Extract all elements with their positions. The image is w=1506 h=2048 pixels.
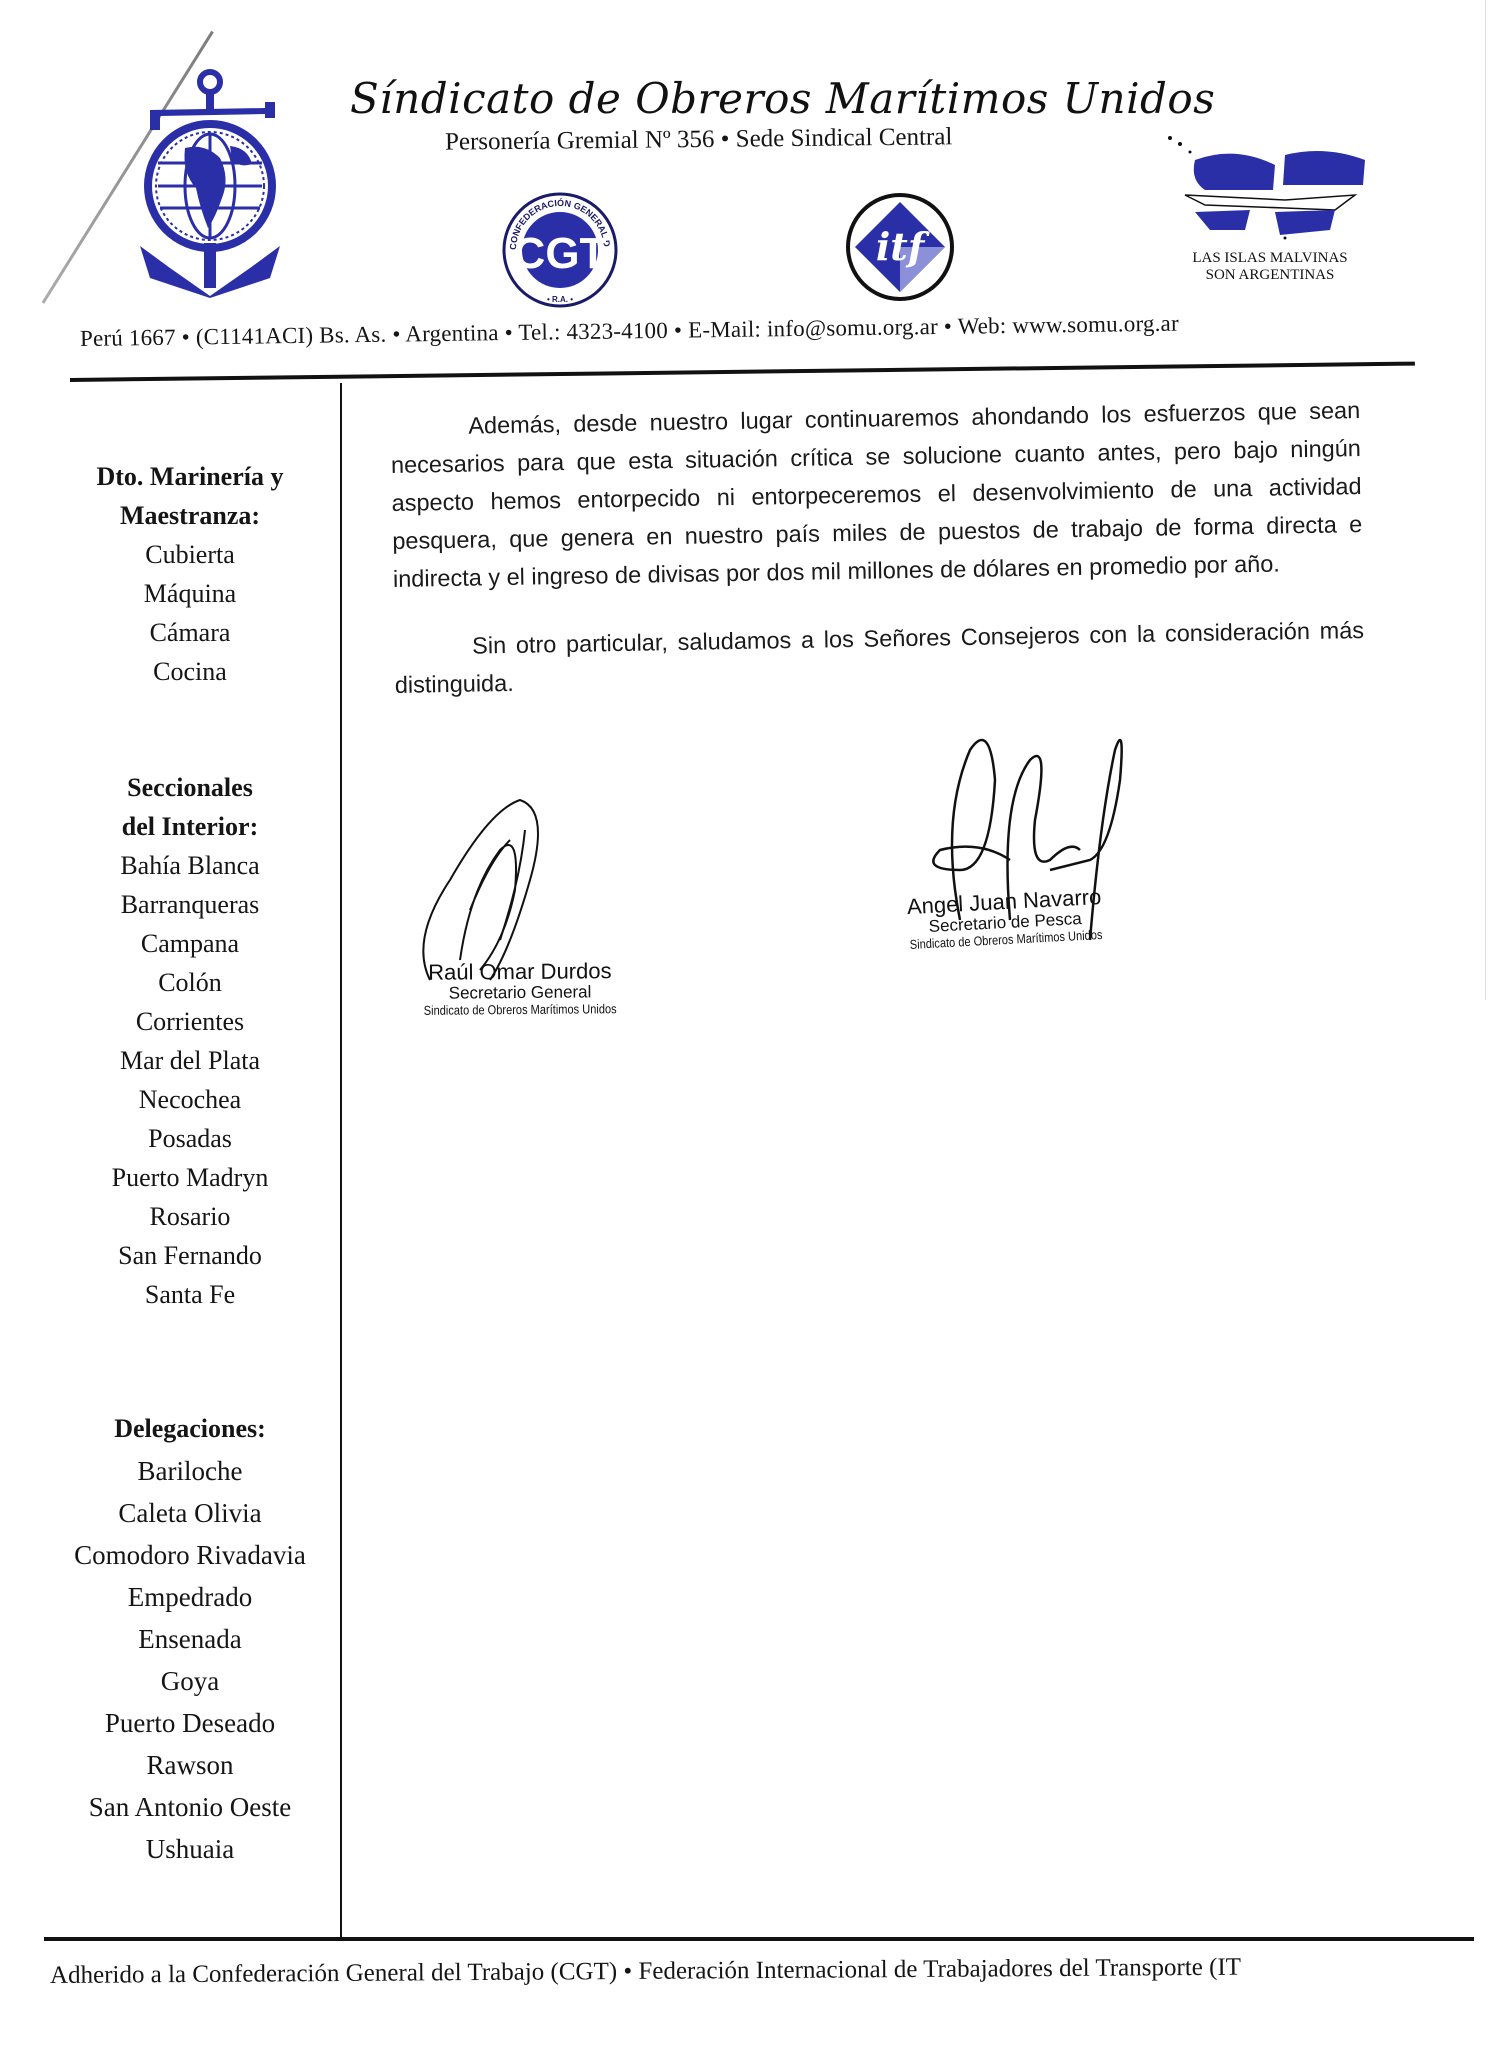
letter-paragraph: Además, desde nuestro lugar continuaremo… — [390, 391, 1363, 598]
list-item: Corrientes — [40, 1002, 340, 1041]
cgt-logo-icon: CONFEDERACIÓN GENERAL DEL TRABAJO CGT • … — [500, 190, 620, 310]
malvinas-line-2: SON ARGENTINAS — [1165, 267, 1375, 284]
sidebar-section-marineria: Dto. Marinería y Maestranza: Cubierta Má… — [40, 457, 340, 691]
somu-anchor-globe-logo-icon — [130, 68, 290, 298]
list-item: Necochea — [40, 1080, 340, 1119]
letter-page: Síndicato de Obreros Marítimos Unidos Pe… — [0, 0, 1506, 2048]
section-heading: Seccionales — [40, 768, 340, 807]
list-item: Mar del Plata — [40, 1041, 340, 1080]
list-item: Puerto Deseado — [40, 1702, 340, 1744]
signer-org: Sindicato de Obreros Marítimos Unidos — [405, 1001, 635, 1019]
list-item: San Fernando — [40, 1236, 340, 1275]
section-heading: del Interior: — [40, 807, 340, 846]
list-item: Santa Fe — [40, 1275, 340, 1314]
signer-name: Raúl Omar Durdos — [385, 959, 655, 985]
list-item: Máquina — [40, 574, 340, 613]
itf-letters: itf — [876, 224, 930, 269]
list-item: Rosario — [40, 1197, 340, 1236]
list-item: Cocina — [40, 652, 340, 691]
footer-divider — [44, 1937, 1474, 1941]
list-item: Barranqueras — [40, 885, 340, 924]
list-item: Campana — [40, 924, 340, 963]
list-item: Caleta Olivia — [40, 1492, 340, 1534]
organization-title: Síndicato de Obreros Marítimos Unidos — [350, 74, 1150, 123]
letter-body: Además, desde nuestro lugar continuaremo… — [390, 391, 1366, 734]
section-heading: Dto. Marinería y — [40, 457, 340, 496]
list-item: Rawson — [40, 1744, 340, 1786]
list-item: Ensenada — [40, 1618, 340, 1660]
organization-subtitle: Personería Gremial Nº 356 • Sede Sindica… — [445, 123, 953, 156]
signer-role: Secretario General — [385, 983, 655, 1003]
contact-info: Perú 1667 • (C1141ACI) Bs. As. • Argenti… — [80, 311, 1179, 352]
letter-paragraph: Sin otro particular, saludamos a los Señ… — [394, 611, 1365, 704]
itf-logo-icon: itf — [843, 190, 958, 305]
sidebar-section-seccionales: Seccionales del Interior: Bahía Blanca B… — [40, 768, 340, 1314]
malvinas-line-1: LAS ISLAS MALVINAS — [1165, 250, 1375, 267]
section-heading: Maestranza: — [40, 496, 340, 535]
malvinas-slogan: LAS ISLAS MALVINAS SON ARGENTINAS — [1165, 250, 1375, 284]
list-item: Bahía Blanca — [40, 846, 340, 885]
list-item: Goya — [40, 1660, 340, 1702]
list-item: Empedrado — [40, 1576, 340, 1618]
sidebar-divider — [340, 383, 342, 1938]
malvinas-map-icon — [1165, 130, 1375, 240]
list-item: Cubierta — [40, 535, 340, 574]
list-item: Ushuaia — [40, 1828, 340, 1870]
footer-affiliation: Adherido a la Confederación General del … — [50, 1954, 1241, 1990]
list-item: Puerto Madryn — [40, 1158, 340, 1197]
cgt-bottom-text: • R.A. • — [547, 295, 573, 304]
list-item: Colón — [40, 963, 340, 1002]
section-heading: Delegaciones: — [40, 1408, 340, 1450]
list-item: Bariloche — [40, 1450, 340, 1492]
sidebar-section-delegaciones: Delegaciones: Bariloche Caleta Olivia Co… — [40, 1408, 340, 1870]
cgt-letters: CGT — [514, 229, 607, 278]
header-divider — [70, 362, 1415, 382]
list-item: Comodoro Rivadavia — [40, 1534, 340, 1576]
list-item: Posadas — [40, 1119, 340, 1158]
paper-edge — [1485, 0, 1486, 1000]
list-item: Cámara — [40, 613, 340, 652]
signature-durdos: Raúl Omar Durdos Secretario General Sind… — [385, 959, 655, 1019]
list-item: San Antonio Oeste — [40, 1786, 340, 1828]
